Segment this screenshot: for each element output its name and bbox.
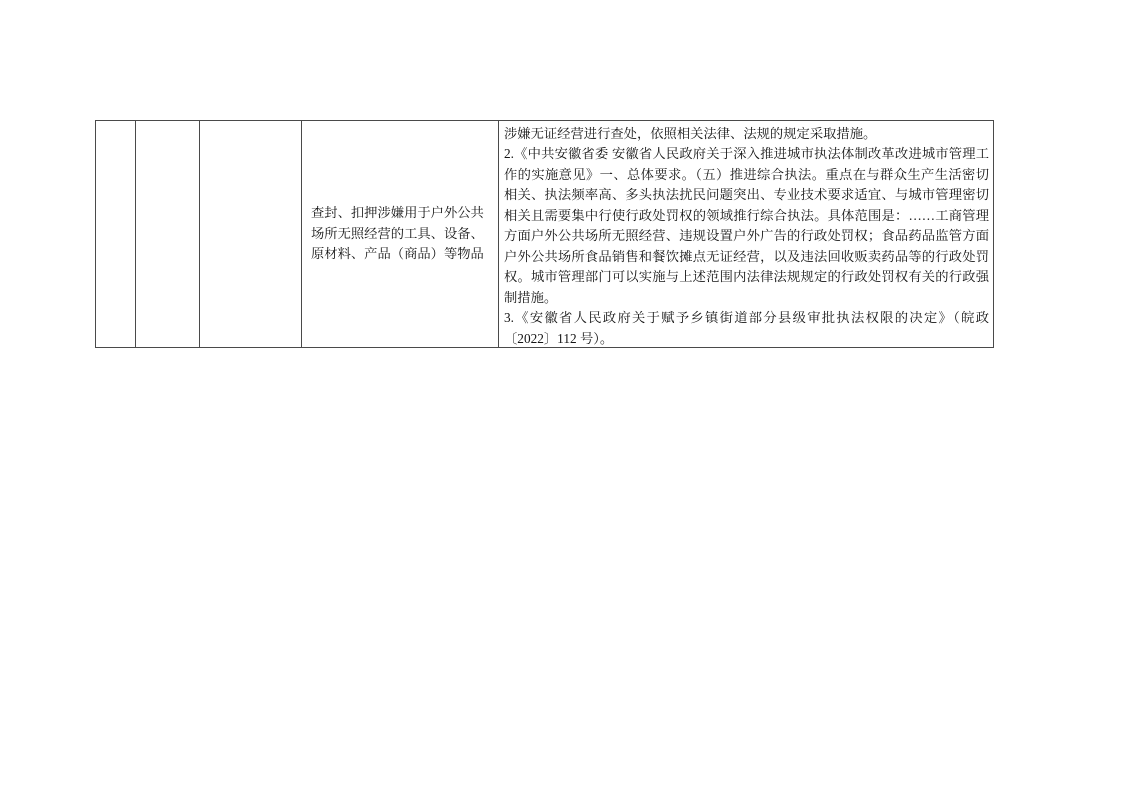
- table-cell-item-description: 查封、扣押涉嫌用于户外公共场所无照经营的工具、设备、原材料、产品（商品）等物品: [302, 121, 499, 347]
- legal-basis-paragraph-continuation: 涉嫌无证经营进行查处，依照相关法律、法规的规定采取措施。: [504, 124, 989, 144]
- document-page: 查封、扣押涉嫌用于户外公共场所无照经营的工具、设备、原材料、产品（商品）等物品 …: [0, 0, 1122, 793]
- legal-basis-paragraph-2: 2.《中共安徽省委 安徽省人民政府关于深入推进城市执法体制改革改进城市管理工作的…: [504, 144, 989, 308]
- table-cell-legal-basis: 涉嫌无证经营进行查处，依照相关法律、法规的规定采取措施。 2.《中共安徽省委 安…: [499, 121, 993, 347]
- table-cell-empty-1: [96, 121, 136, 347]
- table-cell-empty-2: [136, 121, 200, 347]
- table-cell-empty-3: [200, 121, 302, 347]
- item-description-text: 查封、扣押涉嫌用于户外公共场所无照经营的工具、设备、原材料、产品（商品）等物品: [302, 203, 498, 264]
- legal-basis-paragraph-3: 3.《安徽省人民政府关于赋予乡镇街道部分县级审批执法权限的决定》（皖政〔2022…: [504, 308, 989, 349]
- regulation-table: 查封、扣押涉嫌用于户外公共场所无照经营的工具、设备、原材料、产品（商品）等物品 …: [95, 120, 994, 348]
